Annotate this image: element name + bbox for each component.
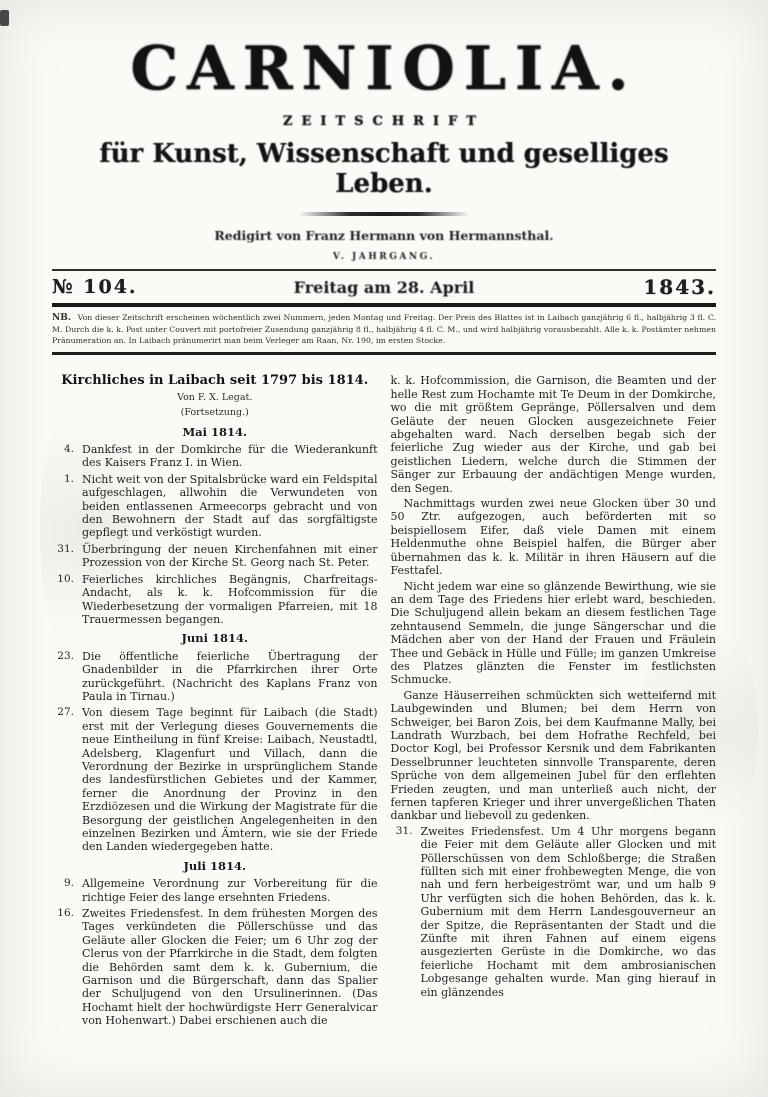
masthead-subtitle: ZEITSCHRIFT bbox=[52, 114, 716, 129]
decorative-rule bbox=[299, 212, 469, 216]
item-number: 4. bbox=[52, 443, 82, 470]
item-number: 16. bbox=[52, 907, 82, 1028]
item-text: Feierliches kirchliches Begängnis, Charf… bbox=[82, 573, 378, 627]
item-number: 10. bbox=[52, 573, 82, 627]
issue-year: 1843. bbox=[643, 275, 716, 299]
item-number: 23. bbox=[52, 650, 82, 704]
section-heading: Juli 1814. bbox=[52, 860, 378, 873]
right-column: k. k. Hofcommission, die Garnison, die B… bbox=[391, 374, 717, 1046]
newspaper-page: CARNIOLIA. ZEITSCHRIFT für Kunst, Wissen… bbox=[0, 0, 768, 1097]
subscription-notice: NB. Von dieser Zeitschrift erscheinen wö… bbox=[52, 312, 716, 346]
notice-lead: NB. bbox=[52, 313, 75, 323]
item-text: Nicht weit von der Spitalsbrücke ward ei… bbox=[82, 473, 378, 540]
chronicle-item: 10. Feierliches kirchliches Begängnis, C… bbox=[52, 573, 378, 627]
notice-text: Von dieser Zeitschrift erscheinen wöchen… bbox=[52, 313, 716, 345]
body-columns: Kirchliches in Laibach seit 1797 bis 181… bbox=[52, 374, 716, 1046]
body-paragraph: Nachmittags wurden zwei neue Glocken übe… bbox=[391, 497, 717, 577]
chronicle-item: 31. Zweites Friedensfest. Um 4 Uhr morge… bbox=[391, 825, 717, 999]
article-title: Kirchliches in Laibach seit 1797 bis 181… bbox=[52, 374, 378, 387]
item-number: 9. bbox=[52, 877, 82, 904]
body-paragraph: Nicht jedem war eine so glänzende Bewirt… bbox=[391, 580, 717, 687]
item-text: Dankfest in der Domkirche für die Wieder… bbox=[82, 443, 378, 470]
divider-rule bbox=[52, 352, 716, 355]
article-continuation: (Fortsetzung.) bbox=[52, 406, 378, 419]
chronicle-item: 31. Überbringung der neuen Kirchenfahnen… bbox=[52, 543, 378, 570]
volume-line: V. JAHRGANG. bbox=[52, 252, 716, 262]
item-number: 31. bbox=[391, 825, 421, 999]
chronicle-item: 4. Dankfest in der Domkirche für die Wie… bbox=[52, 443, 378, 470]
chronicle-item: 9. Allgemeine Verordnung zur Vorbereitun… bbox=[52, 877, 378, 904]
scan-smudge bbox=[0, 10, 9, 26]
body-paragraph: Ganze Häuserreihen schmückten sich wette… bbox=[391, 689, 717, 823]
issue-date: Freitag am 28. April bbox=[52, 278, 716, 297]
item-text: Zweites Friedensfest. Um 4 Uhr morgens b… bbox=[421, 825, 717, 999]
editor-line: Redigirt von Franz Hermann von Hermannst… bbox=[52, 228, 716, 243]
item-number: 1. bbox=[52, 473, 82, 540]
chronicle-item: 27. Von diesem Tage beginnt für Laibach … bbox=[52, 706, 378, 853]
item-number: 27. bbox=[52, 706, 82, 853]
item-text: Von diesem Tage beginnt für Laibach (die… bbox=[82, 706, 378, 853]
item-text: Die öffentliche feierliche Übertragung d… bbox=[82, 650, 378, 704]
divider-rule bbox=[52, 303, 716, 307]
left-column: Kirchliches in Laibach seit 1797 bis 181… bbox=[52, 374, 378, 1046]
section-heading: Juni 1814. bbox=[52, 632, 378, 645]
item-text: Allgemeine Verordnung zur Vorbereitung f… bbox=[82, 877, 378, 904]
section-heading: Mai 1814. bbox=[52, 426, 378, 439]
chronicle-item: 16. Zweites Friedensfest. In dem frühest… bbox=[52, 907, 378, 1028]
item-text: Überbringung der neuen Kirchenfahnen mit… bbox=[82, 543, 378, 570]
masthead-title: CARNIOLIA. bbox=[52, 34, 716, 104]
issue-bar: № 104. Freitag am 28. April 1843. bbox=[52, 271, 716, 303]
chronicle-item: 23. Die öffentliche feierliche Übertragu… bbox=[52, 650, 378, 704]
item-text: Zweites Friedensfest. In dem frühesten M… bbox=[82, 907, 378, 1028]
body-paragraph: k. k. Hofcommission, die Garnison, die B… bbox=[391, 374, 717, 495]
item-number: 31. bbox=[52, 543, 82, 570]
article-byline: Von F. X. Legat. bbox=[52, 391, 378, 404]
chronicle-item: 1. Nicht weit von der Spitalsbrücke ward… bbox=[52, 473, 378, 540]
masthead-tagline: für Kunst, Wissenschaft und geselliges L… bbox=[52, 139, 716, 199]
